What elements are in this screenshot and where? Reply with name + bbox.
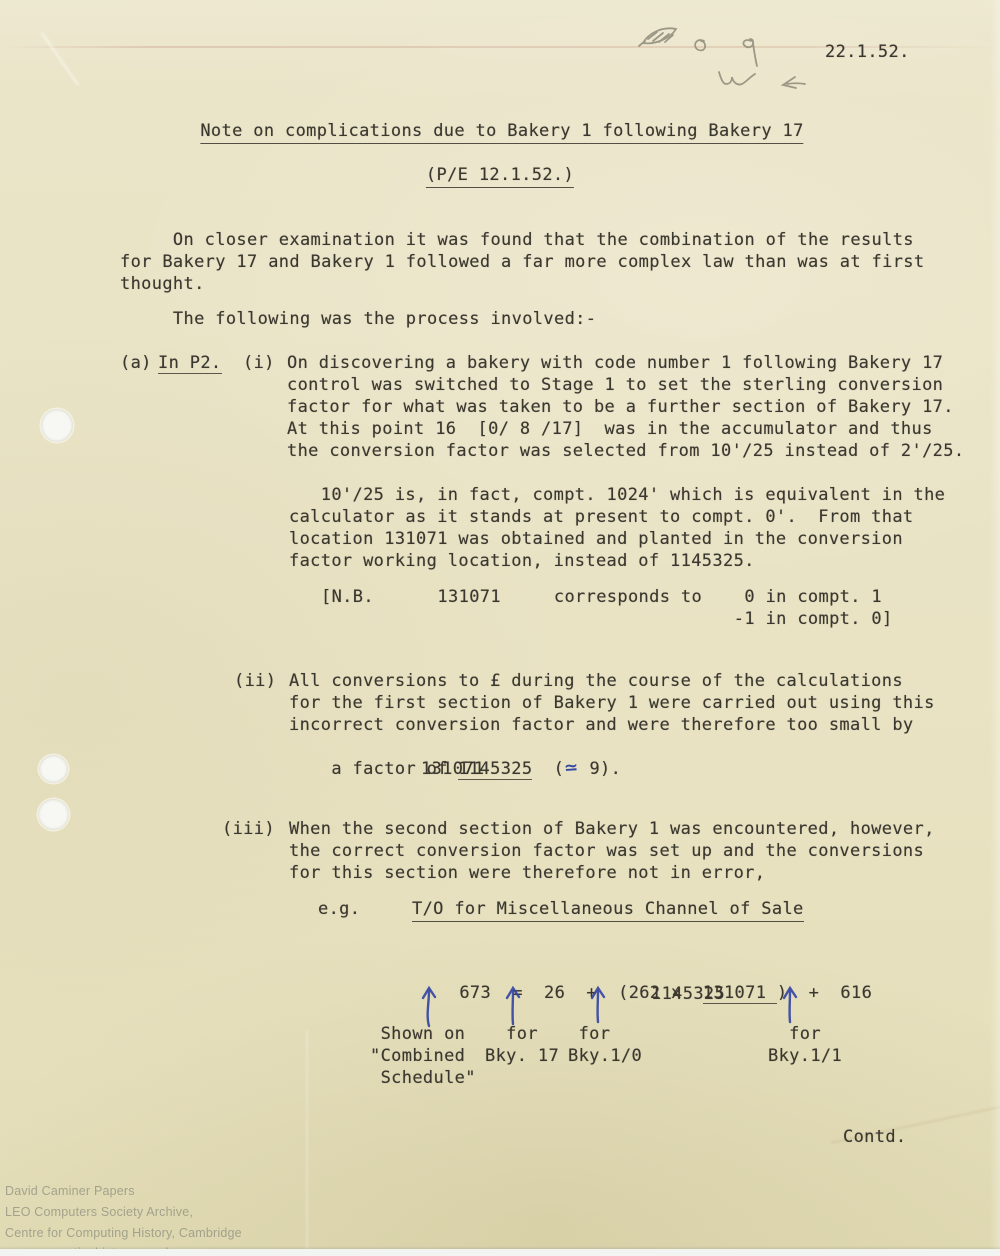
equation-callout: for Bky.1/1 xyxy=(768,1023,842,1067)
section-a-heading-text: In P2. xyxy=(158,353,222,374)
note-title: Note on complications due to Bakery 1 fo… xyxy=(200,120,803,144)
contd-note: Contd. xyxy=(843,1126,907,1148)
blue-up-arrows-icon xyxy=(410,984,830,1028)
conversion-note-paragraph: 10'/25 is, in fact, compt. 1024' which i… xyxy=(289,484,945,572)
example-label: e.g. xyxy=(318,898,360,920)
punch-hole xyxy=(38,799,69,830)
paper-edge-highlight xyxy=(990,0,1000,1256)
archive-watermark-line: Centre for Computing History, Cambridge xyxy=(5,1223,242,1243)
scanned-typewritten-note: 22.1.52. Note on complications due to Ba… xyxy=(0,0,1000,1256)
factor-paren-close: 9). xyxy=(579,759,621,779)
scan-bottom-edge xyxy=(0,1249,1000,1256)
example-heading: T/O for Miscellaneous Channel of Sale xyxy=(412,898,804,922)
nb-bracket-note: [N.B. 131071 corresponds to 0 in compt. … xyxy=(321,586,893,630)
paper-tear-topleft xyxy=(41,32,79,86)
item-ii-label: (ii) xyxy=(234,670,276,692)
intro-paragraph: On closer examination it was found that … xyxy=(120,229,924,295)
approx-equals-ink: ≃ xyxy=(564,757,580,780)
equation-callout: for Bky.1/0 xyxy=(568,1023,642,1067)
note-subtitle: (P/E 12.1.52.) xyxy=(426,164,574,188)
item-ii-paragraph: All conversions to £ during the course o… xyxy=(289,670,935,736)
archive-watermark-line: LEO Computers Society Archive, xyxy=(5,1202,193,1222)
equation-callout: Shown on "Combined Schedule" xyxy=(370,1023,476,1089)
punch-hole xyxy=(41,409,73,442)
punch-hole xyxy=(39,755,68,783)
pencil-scribble-icon xyxy=(635,12,815,107)
item-iii-paragraph: When the second section of Bakery 1 was … xyxy=(289,818,935,884)
item-i-label: (i) xyxy=(243,352,275,374)
factor-paren-open: ( xyxy=(532,759,564,779)
factor-denominator: 131071 xyxy=(421,758,485,780)
item-iii-label: (iii) xyxy=(222,818,275,840)
section-a-label: (a) xyxy=(120,352,152,374)
item-i-paragraph: On discovering a bakery with code number… xyxy=(287,352,964,462)
archive-watermark-line: David Caminer Papers xyxy=(5,1181,135,1201)
paper-crease-vertical xyxy=(306,1030,308,1256)
process-lead: The following was the process involved:- xyxy=(120,308,596,330)
section-a-heading: In P2. xyxy=(158,352,222,374)
typed-date: 22.1.52. xyxy=(825,41,910,63)
equation-callout: for Bky. 17 xyxy=(485,1023,559,1067)
